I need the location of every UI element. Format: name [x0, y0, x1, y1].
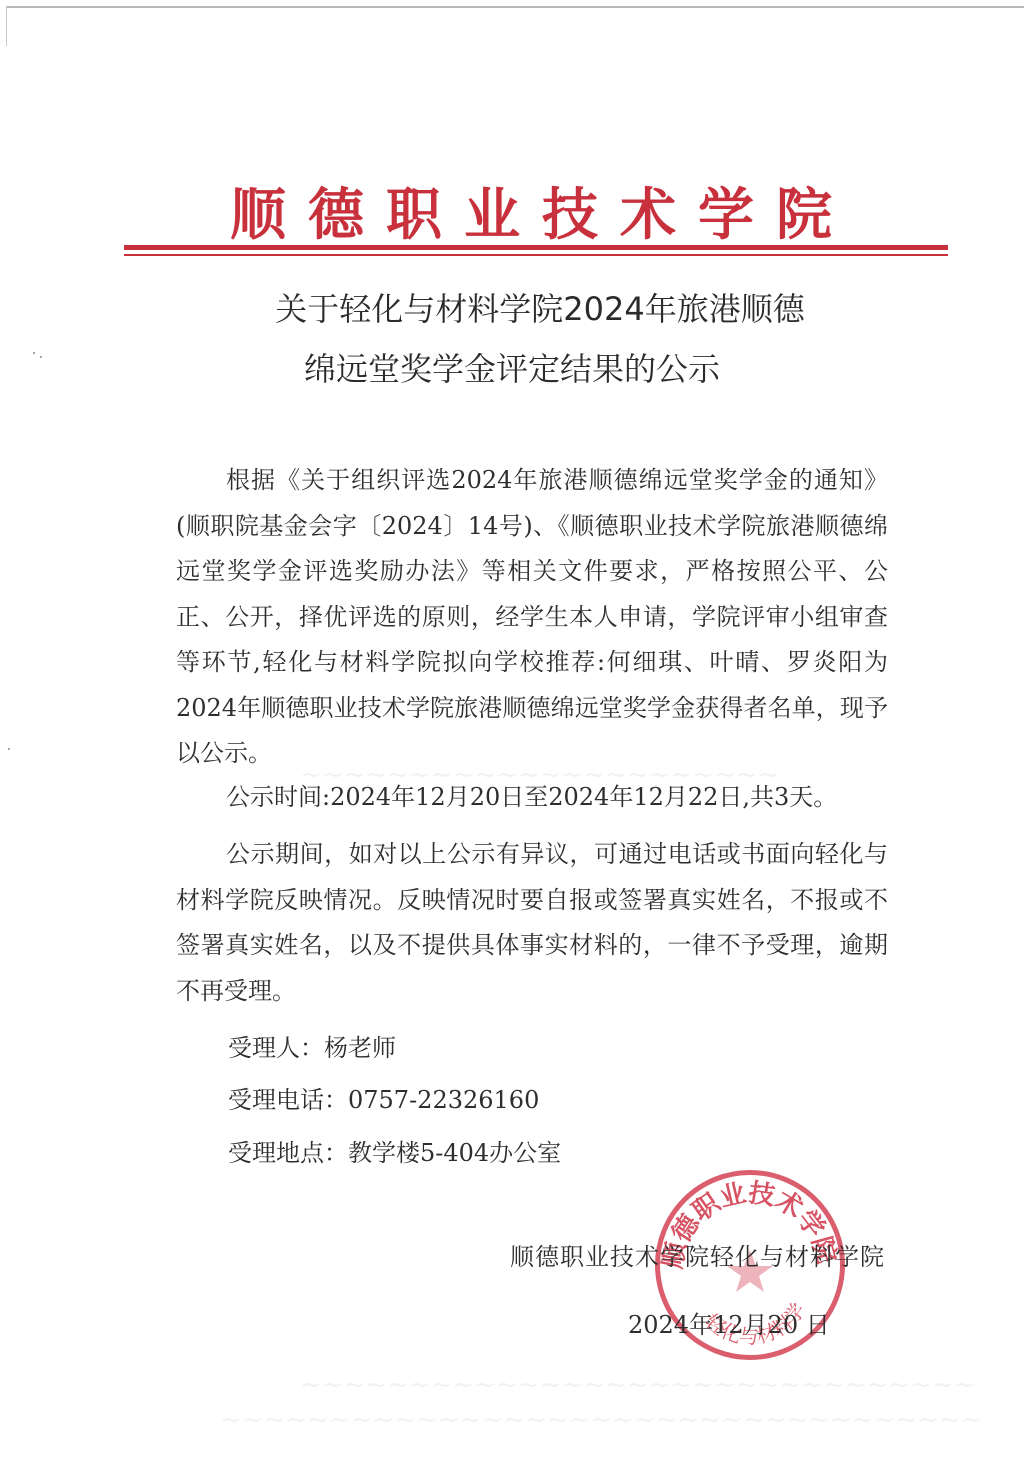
institution-name: 顺德职业技术学院 [60, 180, 1024, 250]
contact-person: 受理人：杨老师 [228, 1028, 396, 1063]
document-title-line-2: 绵远堂奖学金评定结果的公示 [0, 342, 1024, 396]
document-title-line-1: 关于轻化与材料学院2024年旅港顺德 [28, 282, 1024, 336]
body-paragraph-period: 公示时间:2024年12月20日至2024年12月22日,共3天。 [176, 775, 888, 821]
page-edge-left [6, 6, 7, 46]
contact-location: 受理地点：教学楼5-404办公室 [228, 1133, 561, 1168]
issue-date: 2024年12月20 日 [628, 1305, 830, 1340]
page-edge [6, 6, 1024, 8]
bleed-through-text: ~~~~~~~~~~~~~~~~~~~~~~~~~~~~~~~~~~~ [220, 1405, 982, 1435]
letterhead-rule-thick [124, 245, 948, 250]
letterhead-rule-thin [124, 254, 948, 256]
letterhead: 顺德职业技术学院 [0, 180, 1024, 250]
body-paragraph-objection: 公示期间，如对以上公示有异议，可通过电话或书面向轻化与材料学院反映情况。反映情况… [176, 832, 888, 1014]
contact-phone: 受理电话：0757-22326160 [228, 1080, 539, 1115]
bleed-through-text: ~~~~~~~~~~~~~~~~~~~~~~~~~~~~~~~ [300, 1370, 975, 1400]
scan-speck [8, 748, 10, 750]
issuing-organization: 顺德职业技术学院轻化与材料学院 [510, 1237, 885, 1272]
body-paragraph-basis: 根据《关于组织评选2024年旅港顺德绵远堂奖学金的通知》(顺职院基金会字〔202… [176, 458, 888, 777]
